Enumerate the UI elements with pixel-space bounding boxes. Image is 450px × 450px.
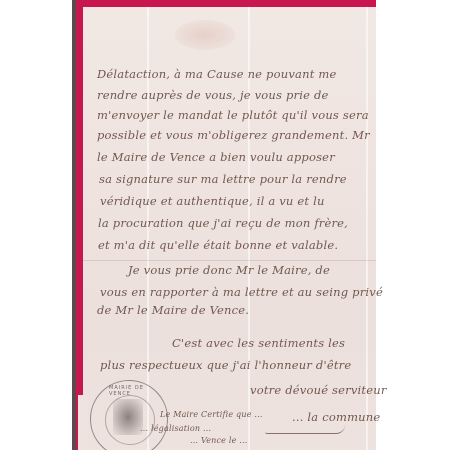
fold-line <box>83 260 376 261</box>
mayor-signature: ... la commune <box>292 410 380 424</box>
coat-of-arms-icon <box>113 399 143 435</box>
signature-flourish <box>265 425 345 434</box>
letter-line: m'envoyer le mandat le plutôt qu'il vous… <box>97 108 369 122</box>
seal-text: MAIRIE DE VENCE <box>109 385 167 397</box>
letter-line: C'est avec les sentiments les <box>172 336 345 350</box>
letter-line: rendre auprès de vous, je vous prie de <box>97 88 329 102</box>
letter-line: et m'a dit qu'elle était bonne et valabl… <box>98 238 338 252</box>
certification-line: Le Maire Certifie que ... <box>160 410 263 419</box>
letter-line: de Mr le Maire de Vence. <box>97 303 249 317</box>
certification-line: ... Vence le ... <box>190 436 248 445</box>
letter-line: le Maire de Vence a bien voulu apposer <box>97 150 335 164</box>
letter-line: sa signature sur ma lettre pour la rendr… <box>99 172 347 186</box>
letter-line: votre dévoué serviteur <box>250 383 387 397</box>
letter-line: plus respectueux que j'ai l'honneur d'êt… <box>100 358 351 372</box>
scan-edge-shadow <box>72 0 76 450</box>
letter-line: Je vous prie donc Mr le Maire, de <box>128 263 330 277</box>
paper-torn-corner <box>78 395 88 450</box>
certification-line: ... légalisation ... <box>140 424 211 433</box>
letter-line: la procuration que j'ai reçu de mon frèr… <box>98 216 348 230</box>
official-seal: MAIRIE DE VENCE <box>90 380 168 450</box>
paper-stain <box>175 20 235 50</box>
letter-line: vous en rapporter à ma lettre et au sein… <box>100 285 383 299</box>
letter-line: Délataction, à ma Cause ne pouvant me <box>97 67 336 81</box>
letter-line: véridique et authentique, il a vu et lu <box>100 194 325 208</box>
letter-line: possible et vous m'obligerez grandement.… <box>97 128 370 142</box>
